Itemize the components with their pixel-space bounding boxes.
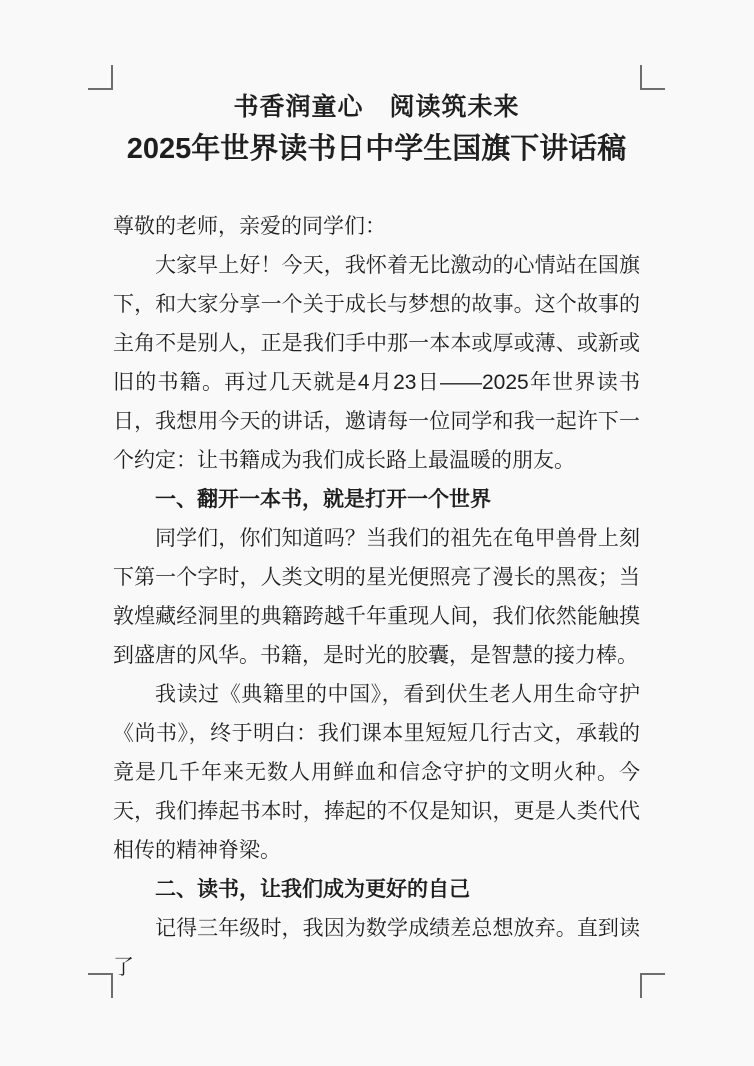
document-body: 大家早上好！今天，我怀着无比激动的心情站在国旗下，和大家分享一个关于成长与梦想的… [113,246,640,987]
document-page: 书香润童心 阅读筑未来 2025年世界读书日中学生国旗下讲话稿 尊敬的老师，亲爱… [0,0,754,1066]
text-boundary-mark-bottom-right [640,973,665,998]
salutation: 尊敬的老师，亲爱的同学们： [113,207,640,246]
text-boundary-mark-bottom-left [88,973,113,998]
document-subtitle: 书香润童心 阅读筑未来 [113,88,640,126]
text-boundary-mark-top-left [88,65,113,90]
body-paragraph: 记得三年级时，我因为数学成绩差总想放弃。直到读了 [113,909,640,987]
text-boundary-mark-top-right [640,65,665,90]
body-paragraph: 大家早上好！今天，我怀着无比激动的心情站在国旗下，和大家分享一个关于成长与梦想的… [113,246,640,480]
section-heading: 二、读书，让我们成为更好的自己 [113,870,640,909]
document-content: 书香润童心 阅读筑未来 2025年世界读书日中学生国旗下讲话稿 尊敬的老师，亲爱… [113,88,640,987]
section-heading: 一、翻开一本书，就是打开一个世界 [113,480,640,519]
body-paragraph: 同学们，你们知道吗？当我们的祖先在龟甲兽骨上刻下第一个字时，人类文明的星光便照亮… [113,519,640,675]
body-paragraph: 我读过《典籍里的中国》，看到伏生老人用生命守护《尚书》，终于明白：我们课本里短短… [113,675,640,870]
document-title: 2025年世界读书日中学生国旗下讲话稿 [113,126,640,172]
